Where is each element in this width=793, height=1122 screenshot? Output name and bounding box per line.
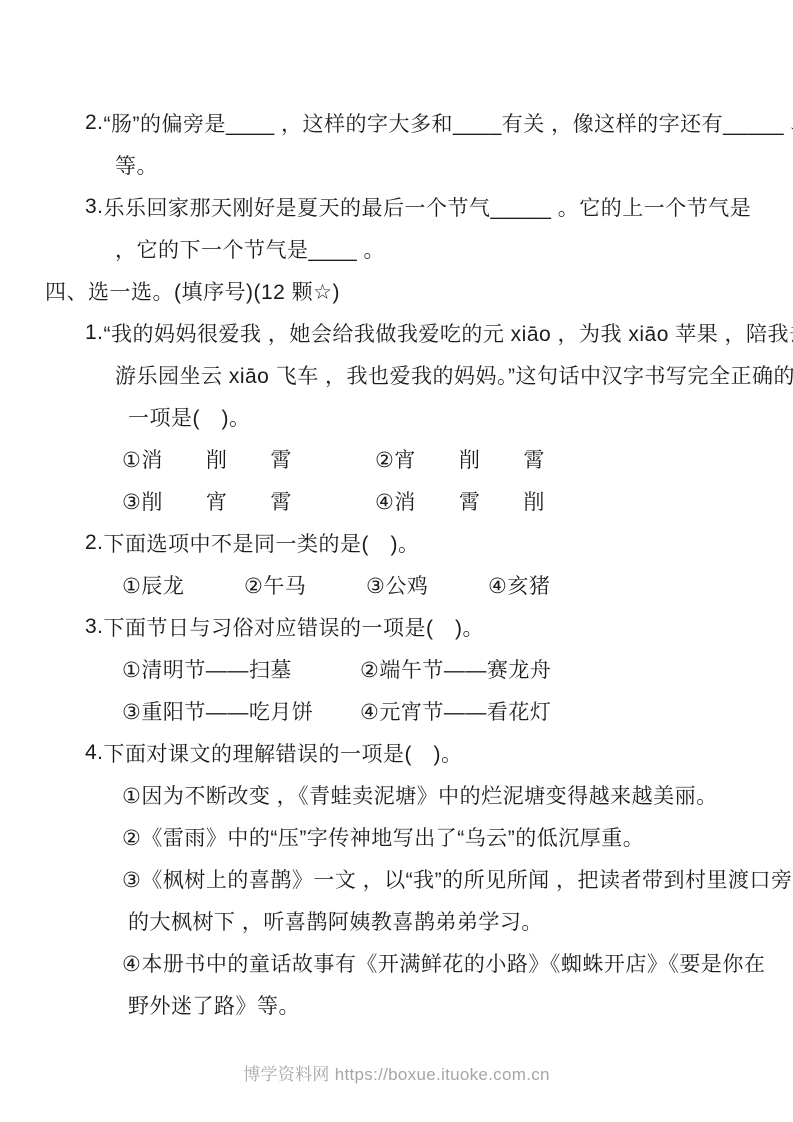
- section-four-title: 四、选一选。(填序号)(12 颗☆): [0, 270, 793, 312]
- option-text: ④本册书中的童话故事有《开满鲜花的小路》《蜘蛛开店》《要是你在: [122, 948, 765, 978]
- option-1: ①消 削 霄: [122, 444, 375, 474]
- option-text: ③《枫树上的喜鹊》一文 ，以“我”的所见所闻 ，把读者带到村里渡口旁: [122, 864, 792, 894]
- question-text: “我的妈妈很爱我 ，她会给我做我爱吃的元 xiāo ，为我 xiāo 苹果 ，陪…: [104, 318, 793, 348]
- option-4: ④元宵节——看花灯: [360, 696, 551, 726]
- option-3: ③重阳节——吃月饼: [122, 696, 360, 726]
- choice-question-2-options-row: ①辰龙②午马③公鸡④亥猪: [0, 564, 793, 606]
- question-text: “肠”的偏旁是____ ，这样的字大多和____有关 ，像这样的字还有_____…: [104, 108, 793, 138]
- section-title-text: 四、选一选。(填序号)(12 颗☆): [45, 276, 340, 306]
- question-text: ，它的下一个节气是____ 。: [115, 234, 385, 264]
- choice-question-1-options-row-2: ③削 宵 霄④消 霄 削: [0, 480, 793, 522]
- choice-question-1-line-3: 一项是( )。: [0, 396, 793, 438]
- fillin-question-3-line-1: 3.乐乐回家那天刚好是夏天的最后一个节气_____ 。它的上一个节气是: [0, 186, 793, 228]
- question-number: 3.: [85, 195, 104, 219]
- question-text: 一项是( )。: [128, 402, 251, 432]
- footer-text: 博学资料网 https://boxue.ituoke.com.cn: [243, 1065, 550, 1084]
- option-2: ②午马: [244, 570, 366, 600]
- question-text: 等。: [115, 150, 158, 180]
- choice-question-1-options-row-1: ①消 削 霄②宵 削 霄: [0, 438, 793, 480]
- question-number: 3.: [85, 615, 104, 639]
- choice-question-4-option-4-line-1: ④本册书中的童话故事有《开满鲜花的小路》《蜘蛛开店》《要是你在: [0, 942, 793, 984]
- fillin-question-2-line-1: 2.“肠”的偏旁是____ ，这样的字大多和____有关 ，像这样的字还有___…: [0, 102, 793, 144]
- question-number: 1.: [85, 321, 104, 345]
- option-text: ①因为不断改变 ，《青蛙卖泥塘》中的烂泥塘变得越来越美丽。: [122, 780, 718, 810]
- choice-question-3-options-row-2: ③重阳节——吃月饼④元宵节——看花灯: [0, 690, 793, 732]
- option-4: ④消 霄 削: [375, 486, 545, 516]
- question-number: 2.: [85, 111, 104, 135]
- choice-question-3-line-1: 3.下面节日与习俗对应错误的一项是( )。: [0, 606, 793, 648]
- option-text: 的大枫树下 ，听喜鹊阿姨教喜鹊弟弟学习。: [128, 906, 543, 936]
- question-text: 游乐园坐云 xiāo 飞车 ，我也爱我的妈妈。”这句话中汉字书写完全正确的: [115, 360, 793, 390]
- option-3: ③削 宵 霄: [122, 486, 375, 516]
- question-text: 乐乐回家那天刚好是夏天的最后一个节气_____ 。它的上一个节气是: [104, 192, 752, 222]
- question-number: 2.: [85, 531, 104, 555]
- question-number: 4.: [85, 741, 104, 765]
- fillin-question-2-line-2: 等。: [0, 144, 793, 186]
- worksheet-page: 2.“肠”的偏旁是____ ，这样的字大多和____有关 ，像这样的字还有___…: [0, 0, 793, 1122]
- choice-question-2-line-1: 2.下面选项中不是同一类的是( )。: [0, 522, 793, 564]
- fillin-question-3-line-2: ，它的下一个节气是____ 。: [0, 228, 793, 270]
- option-text: ②《雷雨》中的“压”字传神地写出了“乌云”的低沉厚重。: [122, 822, 644, 852]
- option-1: ①清明节——扫墓: [122, 654, 360, 684]
- question-text: 下面节日与习俗对应错误的一项是( )。: [104, 612, 485, 642]
- choice-question-1-line-1: 1.“我的妈妈很爱我 ，她会给我做我爱吃的元 xiāo ，为我 xiāo 苹果 …: [0, 312, 793, 354]
- choice-question-4-option-4-line-2: 野外迷了路》等。: [0, 984, 793, 1026]
- option-text: 野外迷了路》等。: [128, 990, 300, 1020]
- question-text: 下面对课文的理解错误的一项是( )。: [104, 738, 463, 768]
- choice-question-4-line-1: 4.下面对课文的理解错误的一项是( )。: [0, 732, 793, 774]
- option-1: ①辰龙: [122, 570, 244, 600]
- choice-question-4-option-3-line-2: 的大枫树下 ，听喜鹊阿姨教喜鹊弟弟学习。: [0, 900, 793, 942]
- option-2: ②端午节——赛龙舟: [360, 654, 551, 684]
- option-4: ④亥猪: [488, 570, 550, 600]
- option-3: ③公鸡: [366, 570, 488, 600]
- choice-question-4-option-3-line-1: ③《枫树上的喜鹊》一文 ，以“我”的所见所闻 ，把读者带到村里渡口旁: [0, 858, 793, 900]
- question-text: 下面选项中不是同一类的是( )。: [104, 528, 420, 558]
- choice-question-1-line-2: 游乐园坐云 xiāo 飞车 ，我也爱我的妈妈。”这句话中汉字书写完全正确的: [0, 354, 793, 396]
- choice-question-4-option-1: ①因为不断改变 ，《青蛙卖泥塘》中的烂泥塘变得越来越美丽。: [0, 774, 793, 816]
- footer-watermark: 博学资料网 https://boxue.ituoke.com.cn: [0, 1060, 793, 1085]
- choice-question-4-option-2: ②《雷雨》中的“压”字传神地写出了“乌云”的低沉厚重。: [0, 816, 793, 858]
- option-2: ②宵 削 霄: [375, 444, 545, 474]
- choice-question-3-options-row-1: ①清明节——扫墓②端午节——赛龙舟: [0, 648, 793, 690]
